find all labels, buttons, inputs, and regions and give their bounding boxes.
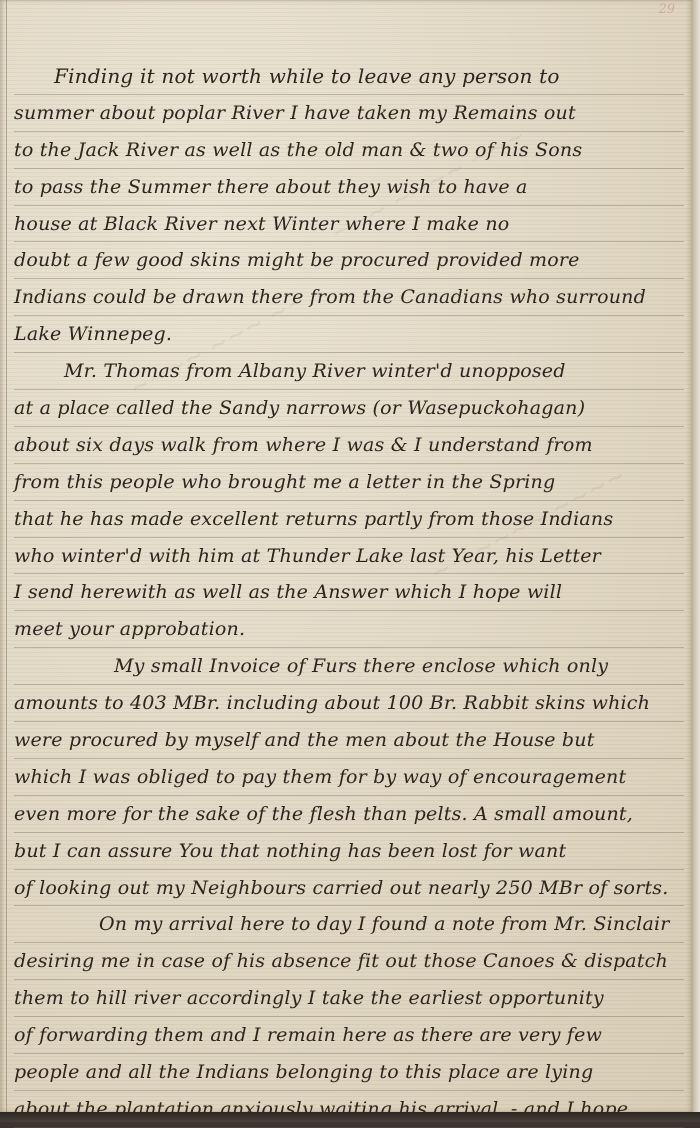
manuscript-line: desiring me in case of his absence fit o… — [14, 943, 684, 980]
manuscript-line: amounts to 403 MBr. including about 100 … — [14, 685, 684, 722]
manuscript-line: them to hill river accordingly I take th… — [14, 980, 684, 1017]
manuscript-line: meet your approbation. — [14, 611, 684, 648]
manuscript-line: but I can assure You that nothing has be… — [14, 833, 684, 870]
manuscript-line: house at Black River next Winter where I… — [14, 206, 684, 243]
manuscript-line: On my arrival here to day I found a note… — [14, 906, 684, 943]
manuscript-line: at a place called the Sandy narrows (or … — [14, 390, 684, 427]
manuscript-line: from this people who brought me a letter… — [14, 464, 684, 501]
manuscript-text: Finding it not worth while to leave any … — [14, 58, 684, 1122]
page-edge — [693, 0, 700, 1122]
manuscript-line: were procured by myself and the men abou… — [14, 722, 684, 759]
manuscript-line: to pass the Summer there about they wish… — [14, 169, 684, 206]
manuscript-line: Lake Winnepeg. — [14, 316, 684, 353]
manuscript-line: that he has made excellent returns partl… — [14, 501, 684, 538]
manuscript-line: Indians could be drawn there from the Ca… — [14, 279, 684, 316]
manuscript-line: My small Invoice of Furs there enclose w… — [14, 648, 684, 685]
manuscript-line: about six days walk from where I was & I… — [14, 427, 684, 464]
manuscript-page: 29 ~~~ ~~~~ ~~~ ~~~~ ~~~ ~~ ~~ ~~~~ ~~~~… — [0, 0, 693, 1114]
manuscript-line: Mr. Thomas from Albany River winter'd un… — [14, 353, 684, 390]
manuscript-line: to the Jack River as well as the old man… — [14, 132, 684, 169]
manuscript-line: I send herewith as well as the Answer wh… — [14, 574, 684, 611]
manuscript-line: of forwarding them and I remain here as … — [14, 1017, 684, 1054]
manuscript-line: doubt a few good skins might be procured… — [14, 242, 684, 279]
manuscript-line: even more for the sake of the flesh than… — [14, 796, 684, 833]
manuscript-line: who winter'd with him at Thunder Lake la… — [14, 538, 684, 575]
manuscript-line: people and all the Indians belonging to … — [14, 1054, 684, 1091]
binding-edge — [0, 1112, 700, 1122]
manuscript-line: of looking out my Neighbours carried out… — [14, 870, 684, 907]
manuscript-line: summer about poplar River I have taken m… — [14, 95, 684, 132]
manuscript-line: Finding it not worth while to leave any … — [14, 58, 684, 95]
page-number: 29 — [658, 2, 675, 17]
manuscript-line: which I was obliged to pay them for by w… — [14, 759, 684, 796]
